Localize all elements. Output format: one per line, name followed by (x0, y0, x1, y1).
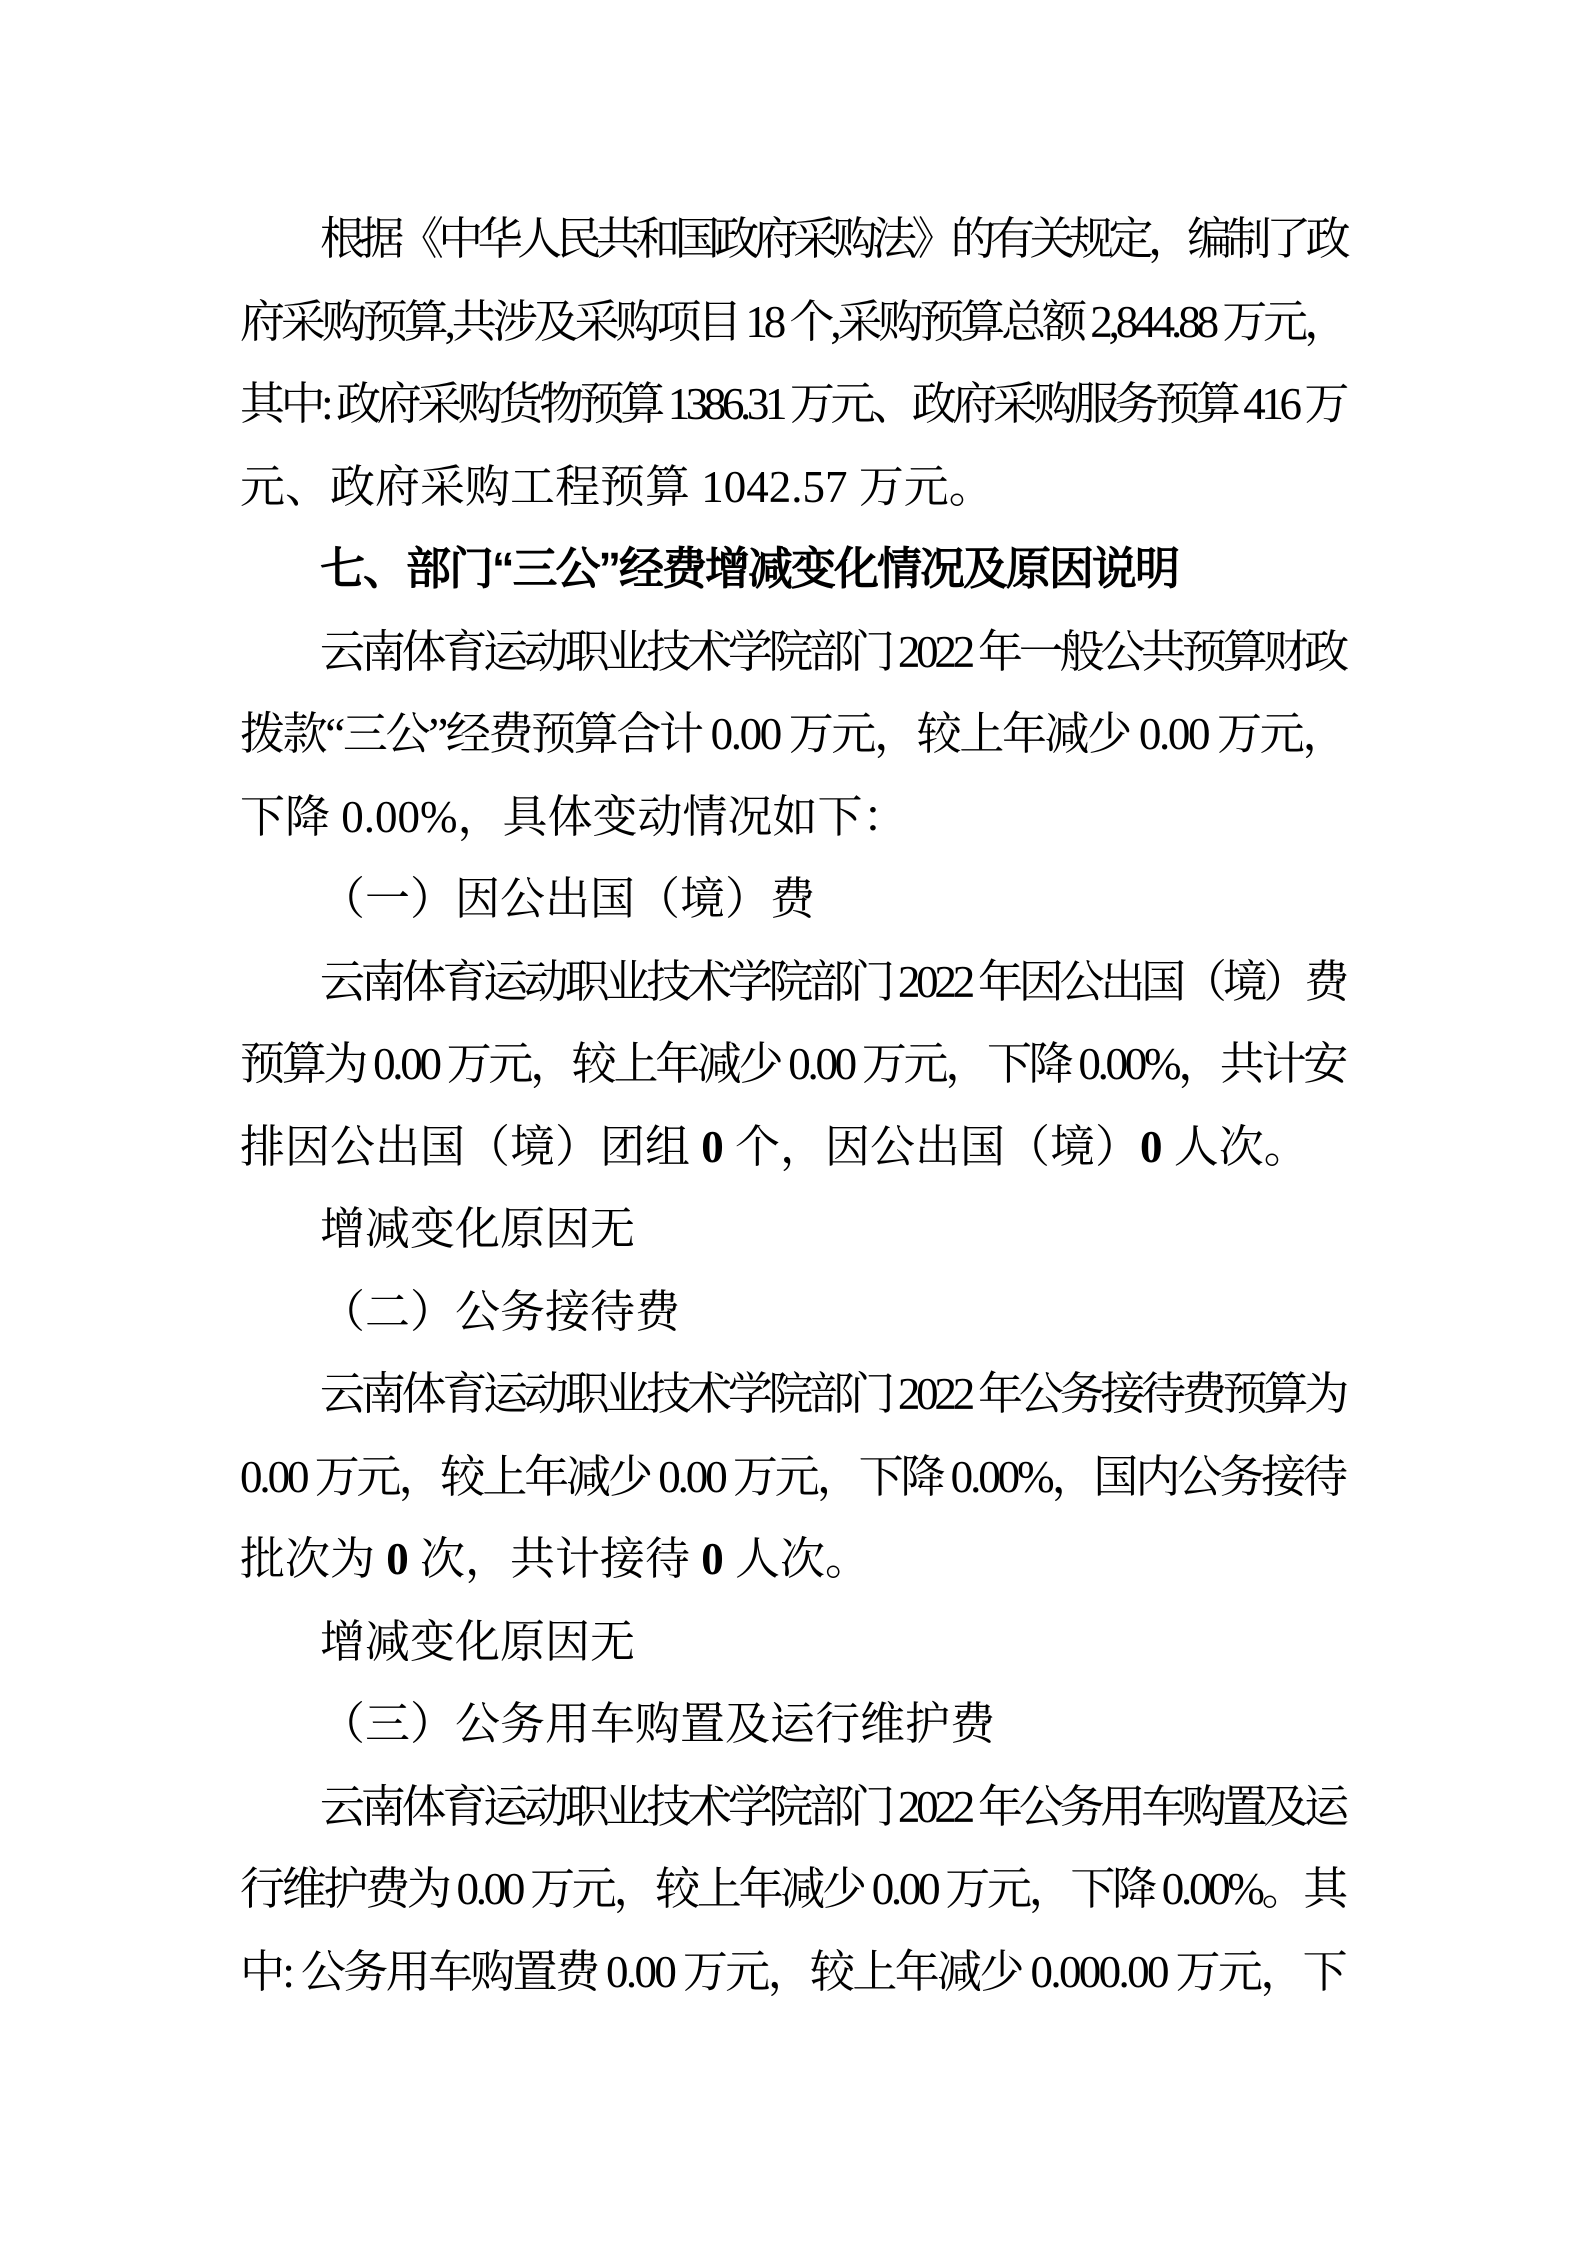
heading-text: 七、部门“三公”经费增减变化情况及原因说明 (320, 528, 1178, 611)
bold-zero: 0 (701, 1122, 724, 1172)
text-line: 增减变化原因无 (240, 1188, 1345, 1271)
line-text: 拨款“三公”经费预算合计 0.00 万元，较上年减少 0.00 万元， (240, 693, 1345, 776)
line-text: 其中: 政府采购货物预算 1386.31 万元、政府采购服务预算 416 万 (240, 363, 1345, 446)
line-text: 行维护费为 0.00 万元，较上年减少 0.00 万元，下降 0.00%。其 (240, 1848, 1345, 1931)
text-line: 根据《中华人民共和国政府采购法》的有关规定，编制了政 (240, 198, 1345, 281)
text-line: 其中: 政府采购货物预算 1386.31 万元、政府采购服务预算 416 万 (240, 363, 1345, 446)
text-line: 行维护费为 0.00 万元，较上年减少 0.00 万元，下降 0.00%。其 (240, 1848, 1345, 1931)
document-page: 根据《中华人民共和国政府采购法》的有关规定，编制了政 府采购预算,共涉及采购项目… (0, 0, 1587, 2245)
text-line: 中: 公务用车购置费 0.00 万元，较上年减少 0.000.00 万元，下 (240, 1931, 1345, 2014)
line-text: （二）公务接待费 (320, 1271, 680, 1354)
text-line: 府采购预算,共涉及采购项目 18 个,采购预算总额 2,844.88 万元， (240, 281, 1345, 364)
bold-zero: 0 (386, 1534, 409, 1584)
line-text: 云南体育运动职业技术学院部门 2022 年公务接待费预算为 (320, 1353, 1345, 1436)
text-line: 下降 0.00%，具体变动情况如下： (240, 776, 1345, 859)
line-text: 云南体育运动职业技术学院部门 2022 年因公出国（境）费 (320, 941, 1345, 1024)
bold-zero: 0 (701, 1534, 724, 1584)
subsection-heading: （二）公务接待费 (240, 1271, 1345, 1354)
bold-zero: 0 (1140, 1122, 1163, 1172)
line-text: 批次为 0 次，共计接待 0 人次。 (240, 1518, 870, 1601)
line-text: 下降 0.00%，具体变动情况如下： (240, 776, 908, 859)
line-text: 云南体育运动职业技术学院部门 2022 年公务用车购置及运 (320, 1766, 1345, 1849)
line-text: 0.00 万元，较上年减少 0.00 万元，下降 0.00%，国内公务接待 (240, 1436, 1345, 1519)
text-line: 增减变化原因无 (240, 1601, 1345, 1684)
section-heading: 七、部门“三公”经费增减变化情况及原因说明 (240, 528, 1345, 611)
line-text: 府采购预算,共涉及采购项目 18 个,采购预算总额 2,844.88 万元， (240, 281, 1345, 364)
line-text: （一）因公出国（境）费 (320, 858, 815, 941)
line-text: 增减变化原因无 (320, 1188, 635, 1271)
text-line: 批次为 0 次，共计接待 0 人次。 (240, 1518, 1345, 1601)
line-text: （三）公务用车购置及运行维护费 (320, 1683, 995, 1766)
line-text: 元、政府采购工程预算 1042.57 万元。 (240, 446, 994, 529)
line-text: 增减变化原因无 (320, 1601, 635, 1684)
text-line: 云南体育运动职业技术学院部门 2022 年公务用车购置及运 (240, 1766, 1345, 1849)
text-line: 拨款“三公”经费预算合计 0.00 万元，较上年减少 0.00 万元， (240, 693, 1345, 776)
document-body: 根据《中华人民共和国政府采购法》的有关规定，编制了政 府采购预算,共涉及采购项目… (240, 198, 1345, 2013)
subsection-heading: （一）因公出国（境）费 (240, 858, 1345, 941)
line-text: 中: 公务用车购置费 0.00 万元，较上年减少 0.000.00 万元，下 (240, 1931, 1345, 2014)
subsection-heading: （三）公务用车购置及运行维护费 (240, 1683, 1345, 1766)
line-text: 云南体育运动职业技术学院部门 2022 年一般公共预算财政 (320, 611, 1345, 694)
text-line: 排因公出国（境）团组 0 个，因公出国（境）0 人次。 (240, 1106, 1345, 1189)
text-line: 云南体育运动职业技术学院部门 2022 年一般公共预算财政 (240, 611, 1345, 694)
line-text: 根据《中华人民共和国政府采购法》的有关规定，编制了政 (320, 198, 1345, 281)
text-line: 元、政府采购工程预算 1042.57 万元。 (240, 446, 1345, 529)
text-line: 云南体育运动职业技术学院部门 2022 年因公出国（境）费 (240, 941, 1345, 1024)
text-line: 云南体育运动职业技术学院部门 2022 年公务接待费预算为 (240, 1353, 1345, 1436)
line-text: 排因公出国（境）团组 0 个，因公出国（境）0 人次。 (240, 1106, 1309, 1189)
text-line: 预算为 0.00 万元，较上年减少 0.00 万元，下降 0.00%，共计安 (240, 1023, 1345, 1106)
line-text: 预算为 0.00 万元，较上年减少 0.00 万元，下降 0.00%，共计安 (240, 1023, 1345, 1106)
text-line: 0.00 万元，较上年减少 0.00 万元，下降 0.00%，国内公务接待 (240, 1436, 1345, 1519)
